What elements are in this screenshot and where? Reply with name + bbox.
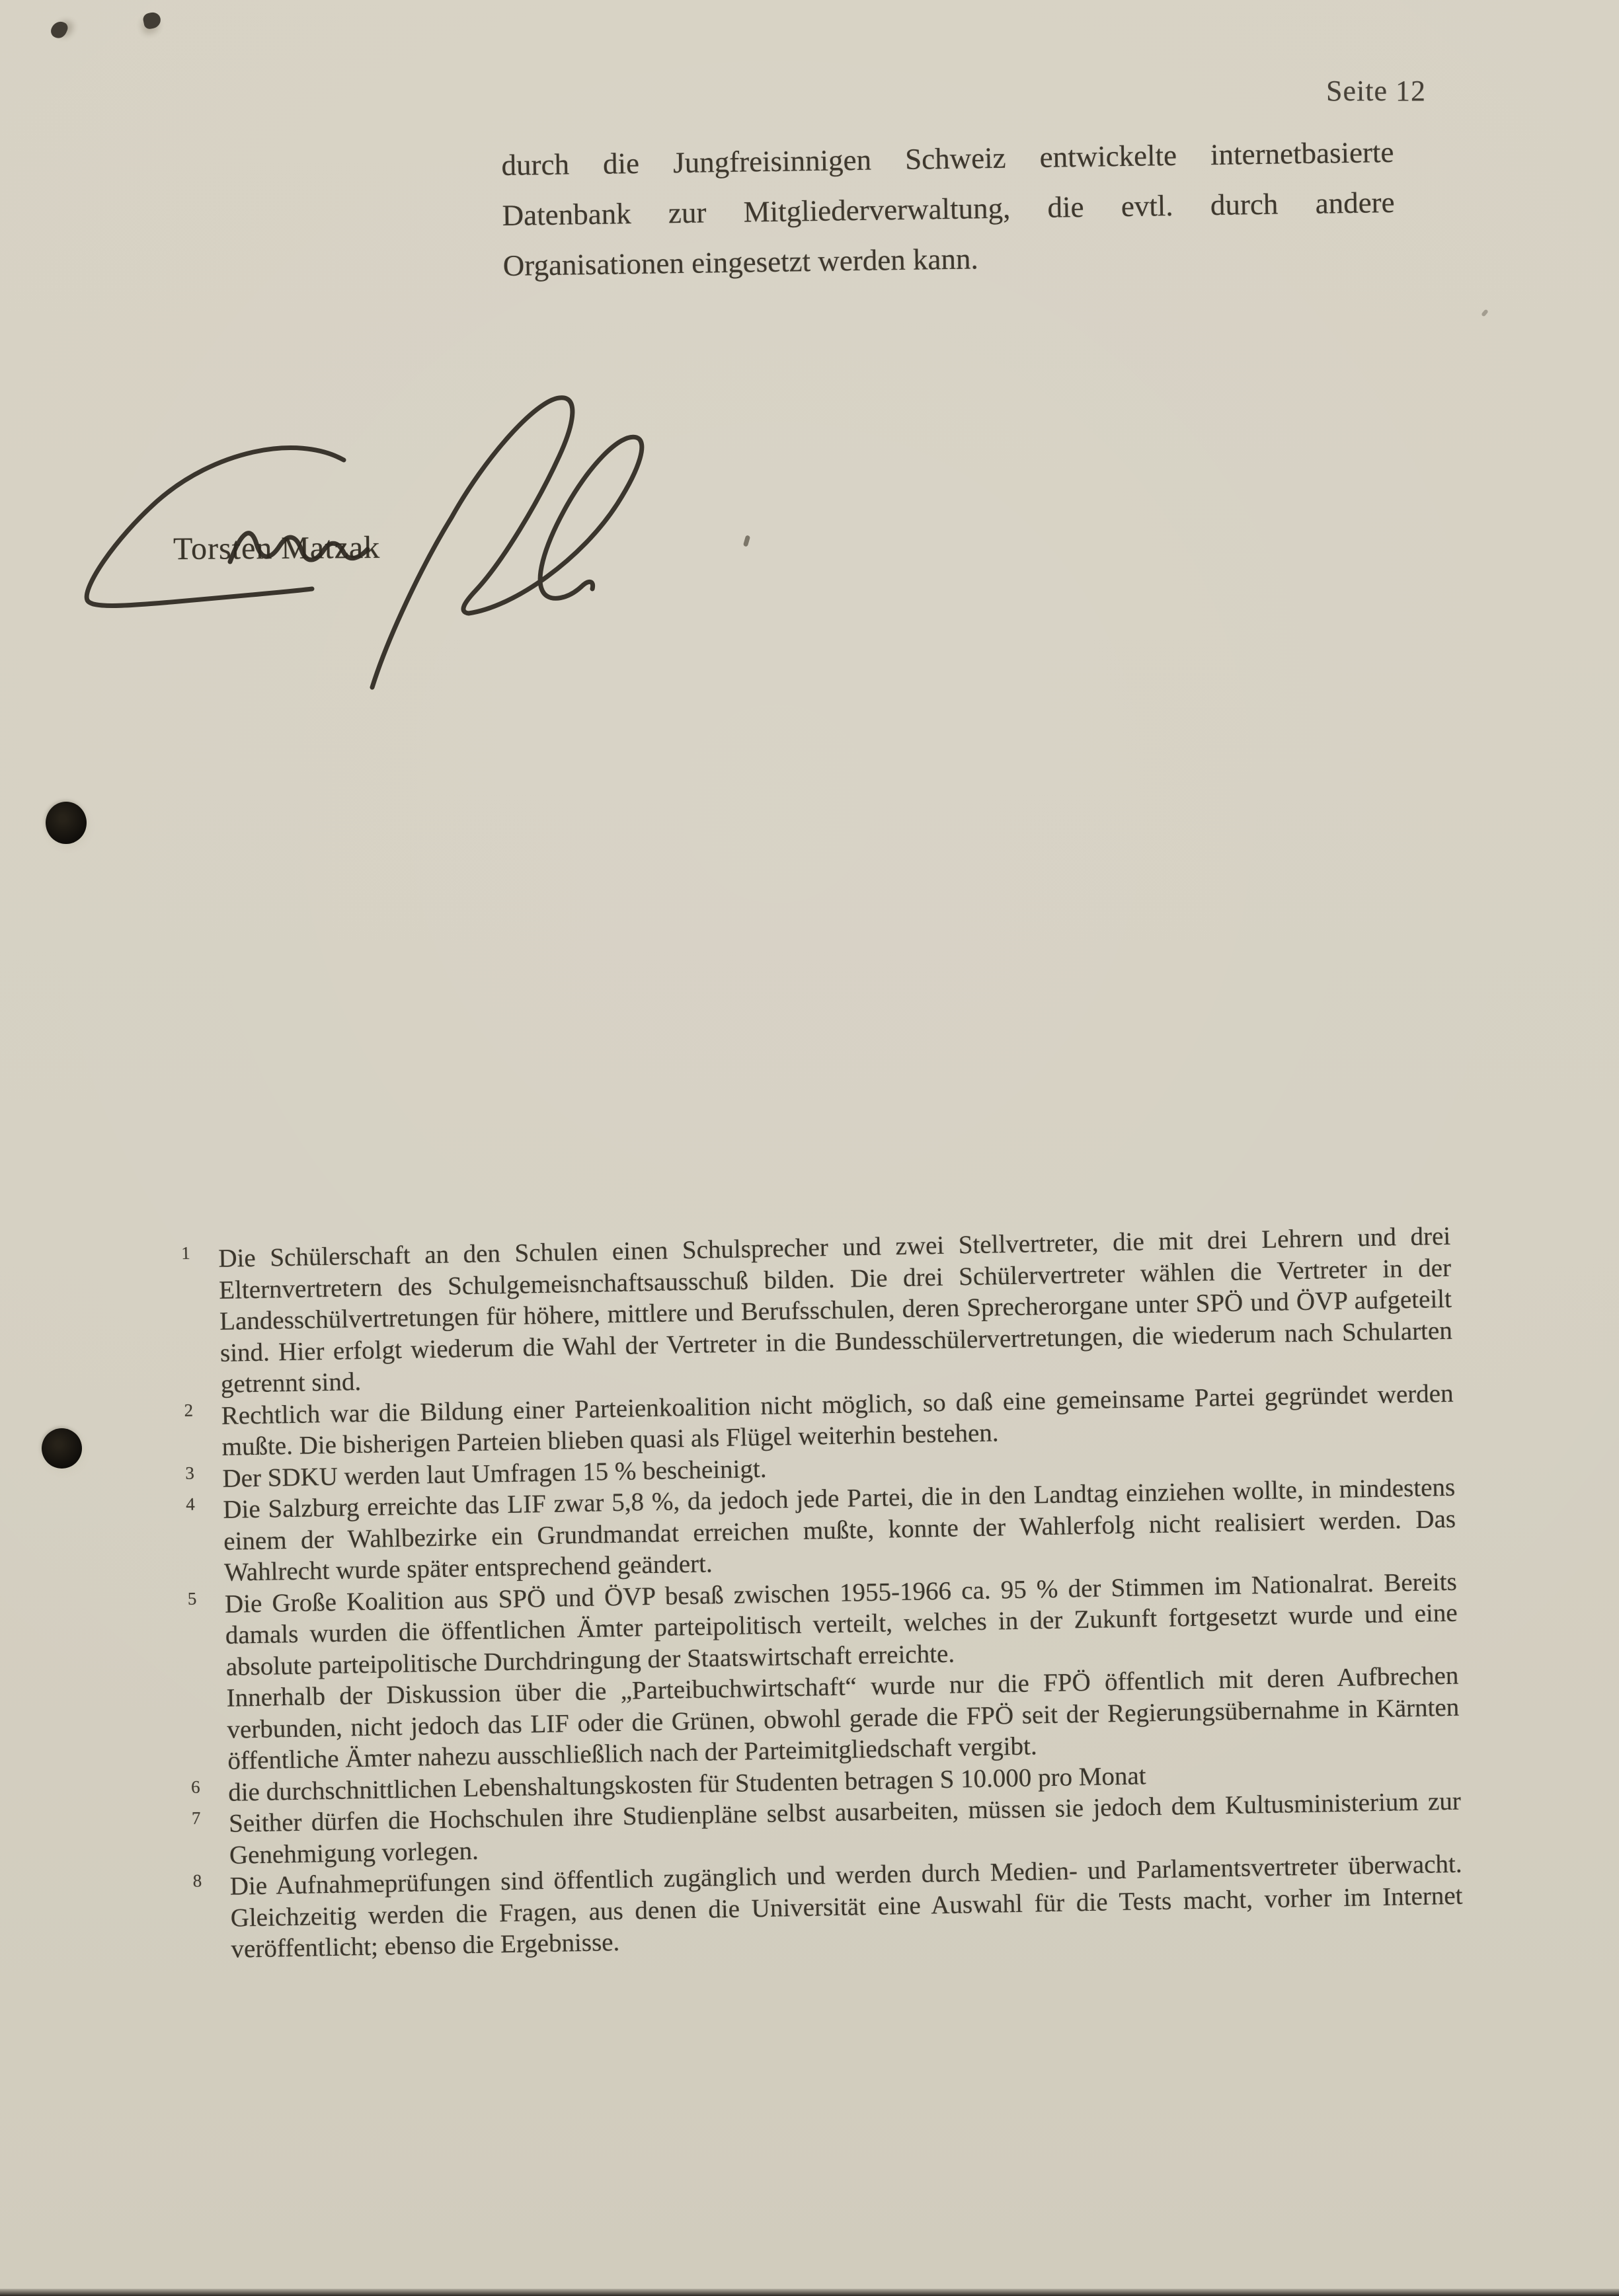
footnotes-section: 1 Die Schülerschaft an den Schulen einen… [180, 1221, 1464, 1966]
punch-hole-top [46, 802, 87, 844]
footnote-5-number: 5 [187, 1583, 196, 1615]
footnote-7-number: 7 [192, 1803, 201, 1835]
intro-paragraph: durch die Jungfreisinnigen Schweiz entwi… [501, 127, 1396, 291]
punch-hole-bottom [42, 1428, 82, 1469]
footnote-2-number: 2 [184, 1395, 193, 1426]
signature-stroke-flourish [372, 398, 642, 687]
footnote-6-number: 6 [191, 1771, 200, 1803]
footnote-1-text: Die Schülerschaft an den Schulen einen S… [218, 1221, 1453, 1400]
scanned-document-page: Seite 12 durch die Jungfreisinnigen Schw… [0, 0, 1619, 2296]
page-number: Seite 12 [1326, 74, 1426, 108]
staple-mark-right [142, 11, 162, 30]
footnote-4-number: 4 [186, 1489, 195, 1521]
footnote-1: 1 Die Schülerschaft an den Schulen einen… [180, 1221, 1453, 1401]
footnote-5: 5 Die Große Koalition aus SPÖ und ÖVP be… [186, 1566, 1460, 1777]
handwritten-signature-ink [78, 389, 673, 699]
staple-mark-left [49, 19, 70, 40]
ink-speck-small [1481, 309, 1489, 317]
signature-stroke-letters [230, 533, 368, 562]
footnote-1-number: 1 [181, 1238, 190, 1270]
scan-bottom-edge [0, 2289, 1619, 2296]
footnote-3-number: 3 [185, 1457, 194, 1489]
ink-speck [743, 535, 750, 547]
signature-stroke-loop [87, 448, 344, 606]
footnote-8-number: 8 [192, 1866, 202, 1897]
